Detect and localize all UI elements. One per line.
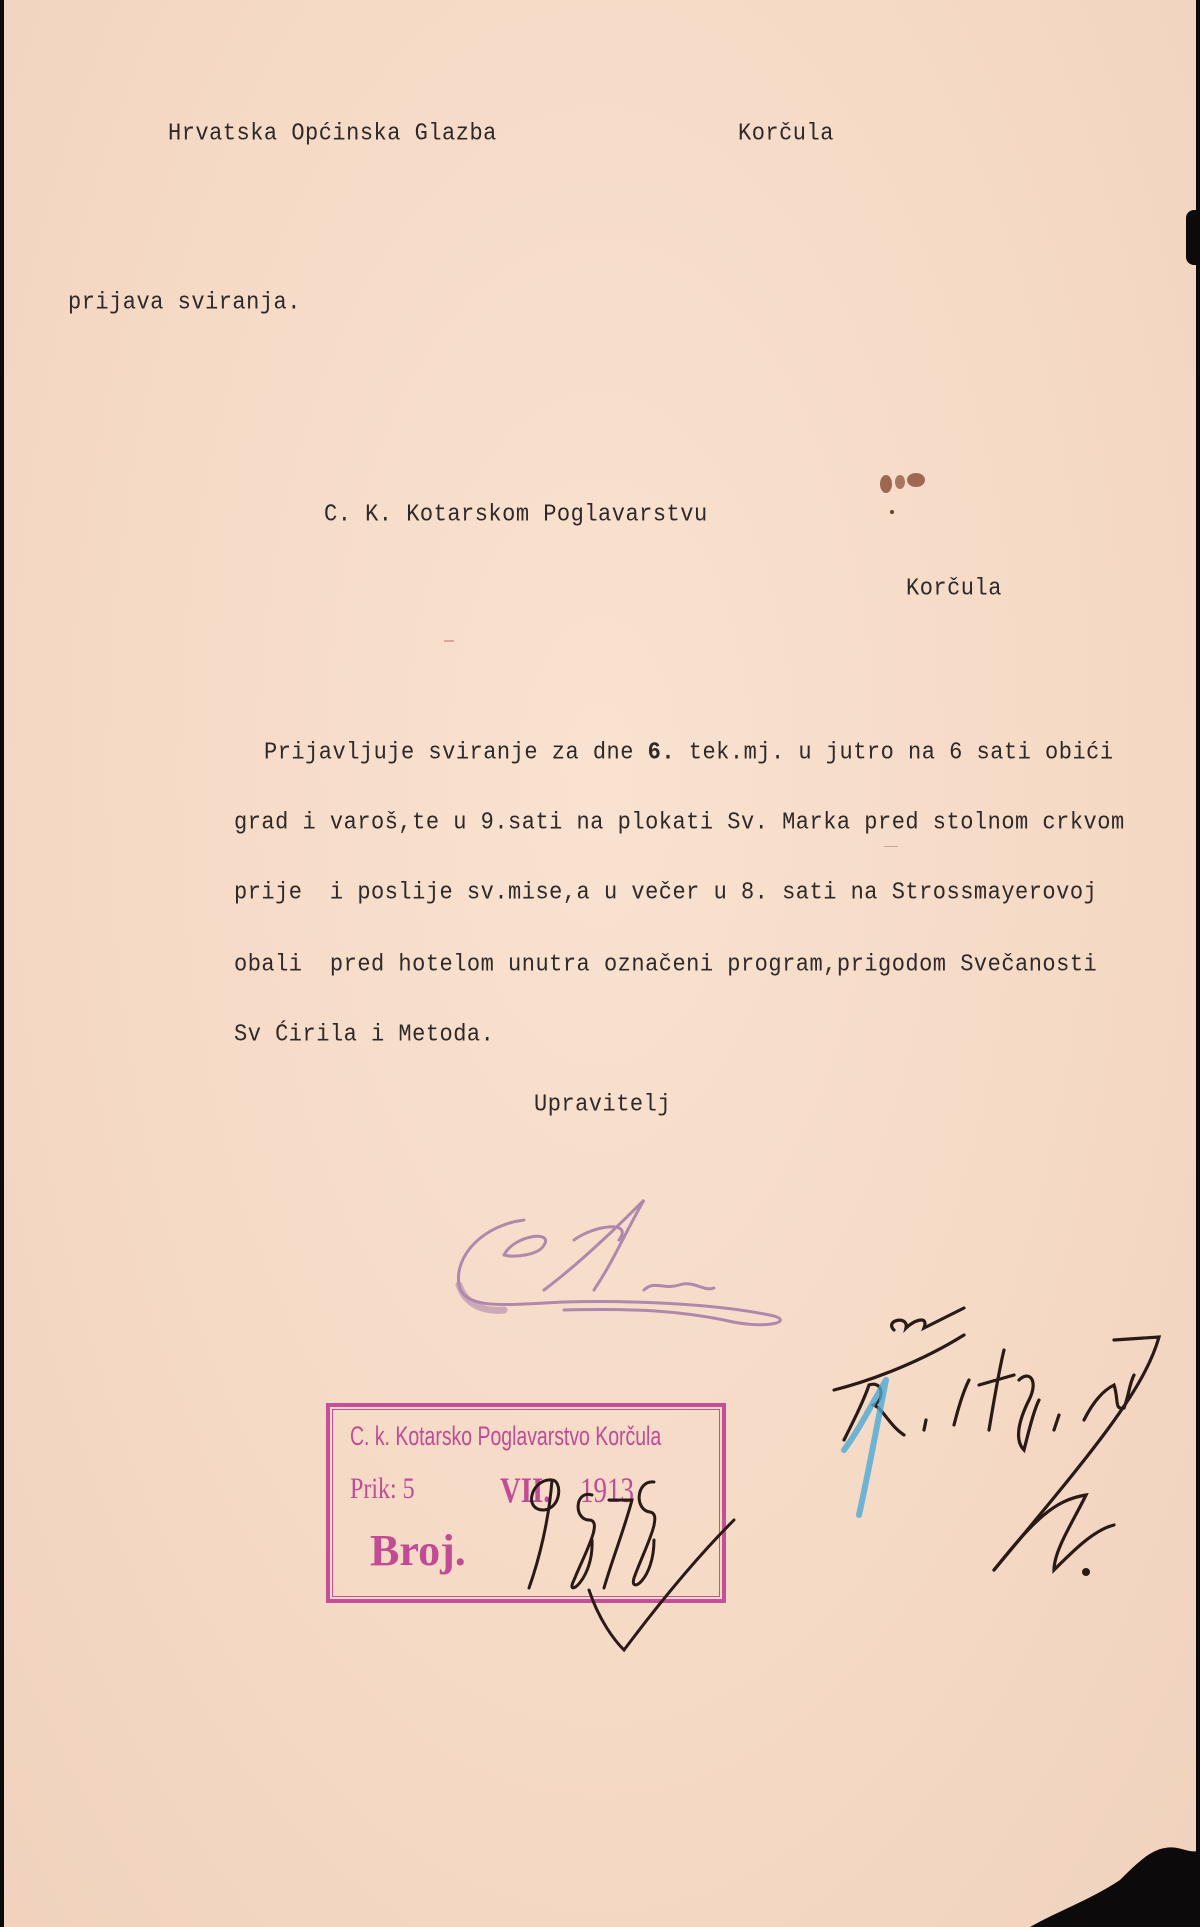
stamp-received: Prik: 5 [350,1472,431,1506]
body-line-4: obali pred hotelom unutra označeni progr… [234,951,1097,978]
scan-border-right [1196,0,1200,1927]
paper-speck [444,640,454,642]
torn-corner-bottom-right [1000,1830,1200,1927]
blue-pencil-mark [844,1380,886,1515]
body-line-2: grad i varoš,te u 9.sati na plokati Sv. … [234,809,1125,836]
document-subject: prijava sviranja. [68,289,301,316]
handwritten-registry-number [504,1460,744,1660]
handwritten-signature [444,1140,804,1330]
paper-speck [884,846,898,847]
body-line-3: prije i poslije sv.mise,a u večer u 8. s… [234,879,1097,906]
header-organization: Hrvatska Općinska Glazba [168,120,497,147]
annotation-dot [1082,1568,1090,1576]
stamp-office: C. k. Kotarsko Poglavarstvo Korčula [350,1421,661,1452]
ink-blot [872,466,952,526]
document-page: Hrvatska Općinska Glazba Korčula prijava… [4,0,1196,1927]
addressee-office: C. K. Kotarskom Poglavarstvu [324,501,708,528]
addressee-city: Korčula [906,575,1002,602]
signature-title: Upravitelj [534,1091,671,1118]
scan-border-left [0,0,4,1927]
header-location: Korčula [738,120,834,147]
body-line-5: Sv Ćirila i Metoda. [234,1021,494,1048]
stamp-number-label: Broj. [370,1525,466,1576]
body-line-1: Prijavljuje sviranje za dne 6. tek.mj. u… [264,739,1114,766]
handwritten-annotation [814,1290,1184,1590]
